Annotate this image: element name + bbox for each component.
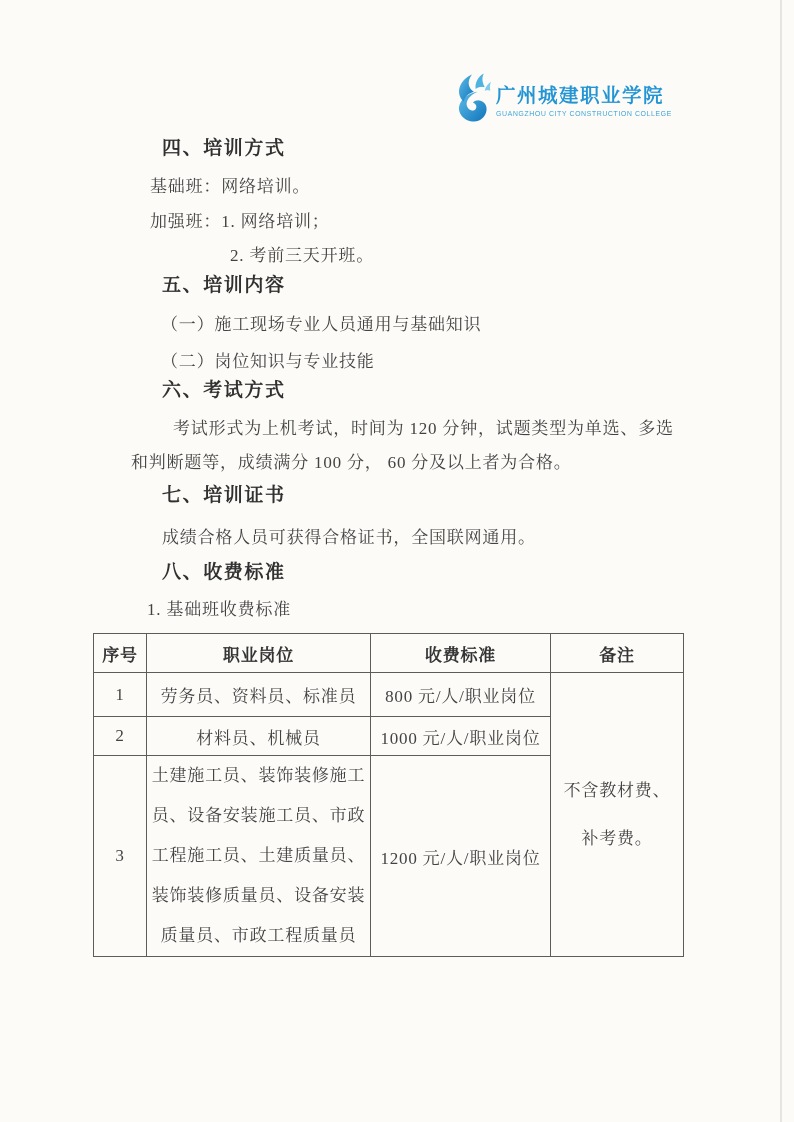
fee-table-caption: 1. 基础班收费标准 <box>147 600 291 619</box>
paragraph-exam-line-1: 考试形式为上机考试，时间为 120 分钟，试题类型为单选、多选 <box>173 419 674 438</box>
cell-remark: 不含教材费、补考费。 <box>551 673 684 957</box>
cell-position: 劳务员、资料员、标准员 <box>147 673 371 717</box>
section-heading-exam-method: 六、考试方式 <box>162 381 286 401</box>
fee-table-header-row: 序号 职业岗位 收费标准 备注 <box>94 634 684 673</box>
paragraph-basic-class: 基础班：网络培训。 <box>150 177 310 196</box>
fee-table: 序号 职业岗位 收费标准 备注 1 劳务员、资料员、标准员 800 元/人/职业… <box>93 633 684 957</box>
section-heading-fees: 八、收费标准 <box>162 563 286 583</box>
paragraph-enhanced-class-2: 2. 考前三天开班。 <box>230 246 374 265</box>
college-name-cn: 广州城建职业学院 <box>496 80 672 108</box>
cell-no: 2 <box>94 717 147 756</box>
cell-no: 1 <box>94 673 147 717</box>
cell-no: 3 <box>94 756 147 957</box>
table-row: 1 劳务员、资料员、标准员 800 元/人/职业岗位 不含教材费、补考费。 <box>94 673 684 717</box>
paragraph-certificate: 成绩合格人员可获得合格证书，全国联网通用。 <box>162 528 536 547</box>
cell-fee: 1000 元/人/职业岗位 <box>371 717 551 756</box>
header-fee: 收费标准 <box>371 634 551 673</box>
cell-fee: 800 元/人/职业岗位 <box>371 673 551 717</box>
header-no: 序号 <box>94 634 147 673</box>
section-heading-certificate: 七、培训证书 <box>162 486 286 506</box>
college-logo-text: 广州城建职业学院 GUANGZHOU CITY CONSTRUCTION COL… <box>496 80 672 118</box>
cell-fee: 1200 元/人/职业岗位 <box>371 756 551 957</box>
paragraph-exam-line-2: 和判断题等，成绩满分 100 分， 60 分及以上者为合格。 <box>131 453 572 472</box>
section-heading-training-content: 五、培训内容 <box>162 276 286 296</box>
header-remark: 备注 <box>551 634 684 673</box>
header-position: 职业岗位 <box>147 634 371 673</box>
college-name-en: GUANGZHOU CITY CONSTRUCTION COLLEGE <box>496 111 672 118</box>
paragraph-content-1: （一）施工现场专业人员通用与基础知识 <box>161 315 481 334</box>
document-page: 广州城建职业学院 GUANGZHOU CITY CONSTRUCTION COL… <box>0 0 794 1122</box>
paragraph-enhanced-class: 加强班：1. 网络培训； <box>150 212 330 231</box>
college-logo: 广州城建职业学院 GUANGZHOU CITY CONSTRUCTION COL… <box>452 72 672 126</box>
paragraph-content-2: （二）岗位知识与专业技能 <box>161 352 375 371</box>
scan-edge-line <box>780 0 782 1122</box>
section-heading-training-method: 四、培训方式 <box>162 139 286 159</box>
cell-position: 材料员、机械员 <box>147 717 371 756</box>
cell-position: 土建施工员、装饰装修施工员、设备安装施工员、市政工程施工员、土建质量员、装饰装修… <box>147 756 371 957</box>
flame-icon <box>452 72 492 126</box>
